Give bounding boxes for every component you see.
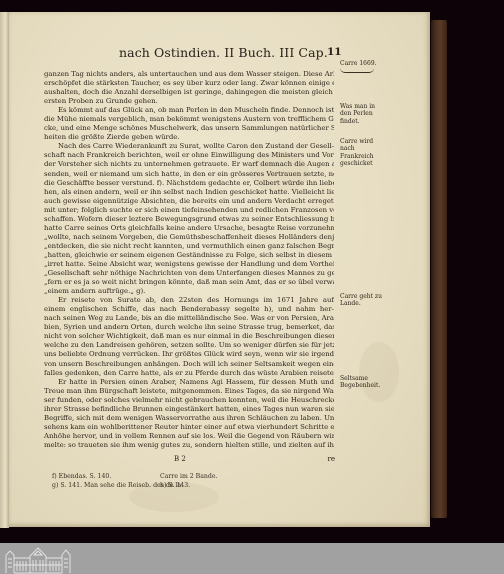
text-line: ihrer Strasse befindliche Brunnen einges… [44, 405, 334, 414]
text-line: Anhöhe hervor, und in vollem Rennen auf … [44, 432, 334, 441]
catchword: re [328, 455, 336, 463]
text-line: „irret hatte. Seine Absicht war, wenigst… [44, 260, 334, 269]
text-line: cke, und eine Menge schönes Muschelwerk,… [44, 124, 334, 133]
body-text: ganzen Tag nichts anders, als untertauch… [44, 70, 334, 450]
text-line: mit unter; folglich suchte er sich einen… [44, 206, 334, 215]
margin-note: Seltsame Begebenheit. [340, 375, 382, 390]
text-line: „wollte, nach seinem Vorgeben, die Gemüt… [44, 233, 334, 242]
text-line: Nach des Carre Wiederankunft zu Surat, w… [44, 142, 334, 151]
brace-mark [340, 68, 374, 73]
text-line: nach seinen Weg zu Lande, bis an die mit… [44, 314, 334, 323]
text-line: Treue man ihm Bürgschaft leistete, mitge… [44, 387, 334, 396]
page-number: 11 [327, 46, 342, 58]
running-head: nach Ostindien. II Buch. III Cap. 11 [9, 45, 430, 61]
scan-area: nach Ostindien. II Buch. III Cap. 11 gan… [0, 0, 504, 543]
footnote-row: f) Ebendas. S. 140.Carre im 2 Bande. [52, 473, 312, 482]
text-line: hen, als einen andern, weil er ihn selbs… [44, 188, 334, 197]
text-line: nicht von solcher Wichtigkeit, daß man e… [44, 332, 334, 341]
text-line: Es kömmt auf das Glück an, ob man Perlen… [44, 106, 334, 115]
text-line: „fern er es ja so weit nicht bringen kön… [44, 278, 334, 287]
paper-stain [359, 342, 399, 402]
footnote-row: g) S. 141. Man sehe die Reiseb. des de l… [52, 482, 312, 491]
signature-line: B 2 re [44, 455, 334, 465]
text-line: ser funden, oder solches vielmehr nicht … [44, 396, 334, 405]
signature-mark: B 2 [174, 455, 186, 463]
book-cover-edge [431, 20, 447, 518]
previous-page-edge [0, 12, 9, 528]
text-line: Er hatte in Persien einen Araber, Namens… [44, 378, 334, 387]
text-line: bien, Syrien und andern Orten, durch wel… [44, 323, 334, 332]
margin-note: Carre geht zu Lande. [340, 293, 382, 308]
library-building-icon [4, 546, 74, 574]
text-line: die Geschäffte besser verstund. f). Näch… [44, 179, 334, 188]
text-line: die Mühe niemals vergeblich, man bekömmt… [44, 115, 334, 124]
text-line: ganzen Tag nichts anders, als untertauch… [44, 70, 334, 79]
text-line: uns beliebte Ordnung verrücken. Ihr größ… [44, 350, 334, 359]
footnote-left: f) Ebendas. S. 140. [52, 473, 111, 480]
text-line: ersten Proben zu Grunde gehen. [44, 97, 334, 106]
text-line: hatte Carre seines Orts gleichfalls kein… [44, 224, 334, 233]
text-line: aushalten, doch die Anzahl derselbigen i… [44, 88, 334, 97]
text-line: „hatten, gleichwie er seinem eigenen Ges… [44, 251, 334, 260]
text-line: sehens kam ein wohlberittener Reuter hin… [44, 423, 334, 432]
text-line: von unsern Beschreibungen anhängen. Doch… [44, 360, 334, 369]
text-line: welche zu den Landreisen gehören, setzen… [44, 341, 334, 350]
text-line: erschöpfet die stärksten Taucher, es sey… [44, 79, 334, 88]
text-line: „Gesellschaft sehr nöthige Nachrichten v… [44, 269, 334, 278]
margin-note-text: Seltsame Begebenheit. [340, 375, 380, 389]
text-line: senden, weil er niemand um sich hatte, i… [44, 170, 334, 179]
margin-note: Was man in den Perlen findet. [340, 103, 382, 125]
text-line: schaffen. Wofern dieser leztere Bewegung… [44, 215, 334, 224]
text-line: Begriffe, sich mit dem wenigen Wasservor… [44, 414, 334, 423]
margin-note-text: Carre geht zu Lande. [340, 293, 382, 307]
text-line: auch gewisse eigennützige Absichten, die… [44, 197, 334, 206]
margin-note-text: Carre 1669. [340, 60, 377, 67]
book-page: nach Ostindien. II Buch. III Cap. 11 gan… [9, 12, 430, 527]
footnotes: f) Ebendas. S. 140.Carre im 2 Bande.g) S… [52, 473, 312, 490]
text-line: schaft nach Frankreich berichten, weil e… [44, 151, 334, 160]
running-title: nach Ostindien. II Buch. III Cap. [119, 45, 328, 60]
text-line: einem englischen Schiffe, das nach Bende… [44, 305, 334, 314]
margin-note: Carre wird nach Frankreich geschicket [340, 138, 382, 168]
footnote-right: Carre im 2 Bande. [160, 473, 218, 482]
margin-note-text: Carre wird nach Frankreich geschicket [340, 138, 374, 167]
margin-note: Carre 1669. [340, 60, 382, 73]
viewer-footer [0, 543, 504, 574]
text-line: „einem andern auftrüge.„ g). [44, 287, 334, 296]
footnote-right: h) S. 143. [160, 482, 190, 491]
margin-note-text: Was man in den Perlen findet. [340, 103, 375, 125]
text-line: Er reisete von Surate ab, den 22sten des… [44, 296, 334, 305]
text-line: falles gedenken, den Carre hatte, als er… [44, 369, 334, 378]
text-line: heiten die größte Zierde geben würde. [44, 133, 334, 142]
text-line: der Vorsteher sich nichts zu unternehmen… [44, 160, 334, 169]
text-line: melte: so traueten sie ihm wenig gutes z… [44, 441, 334, 450]
text-line: „entdecken, die sie nicht recht kannten,… [44, 242, 334, 251]
